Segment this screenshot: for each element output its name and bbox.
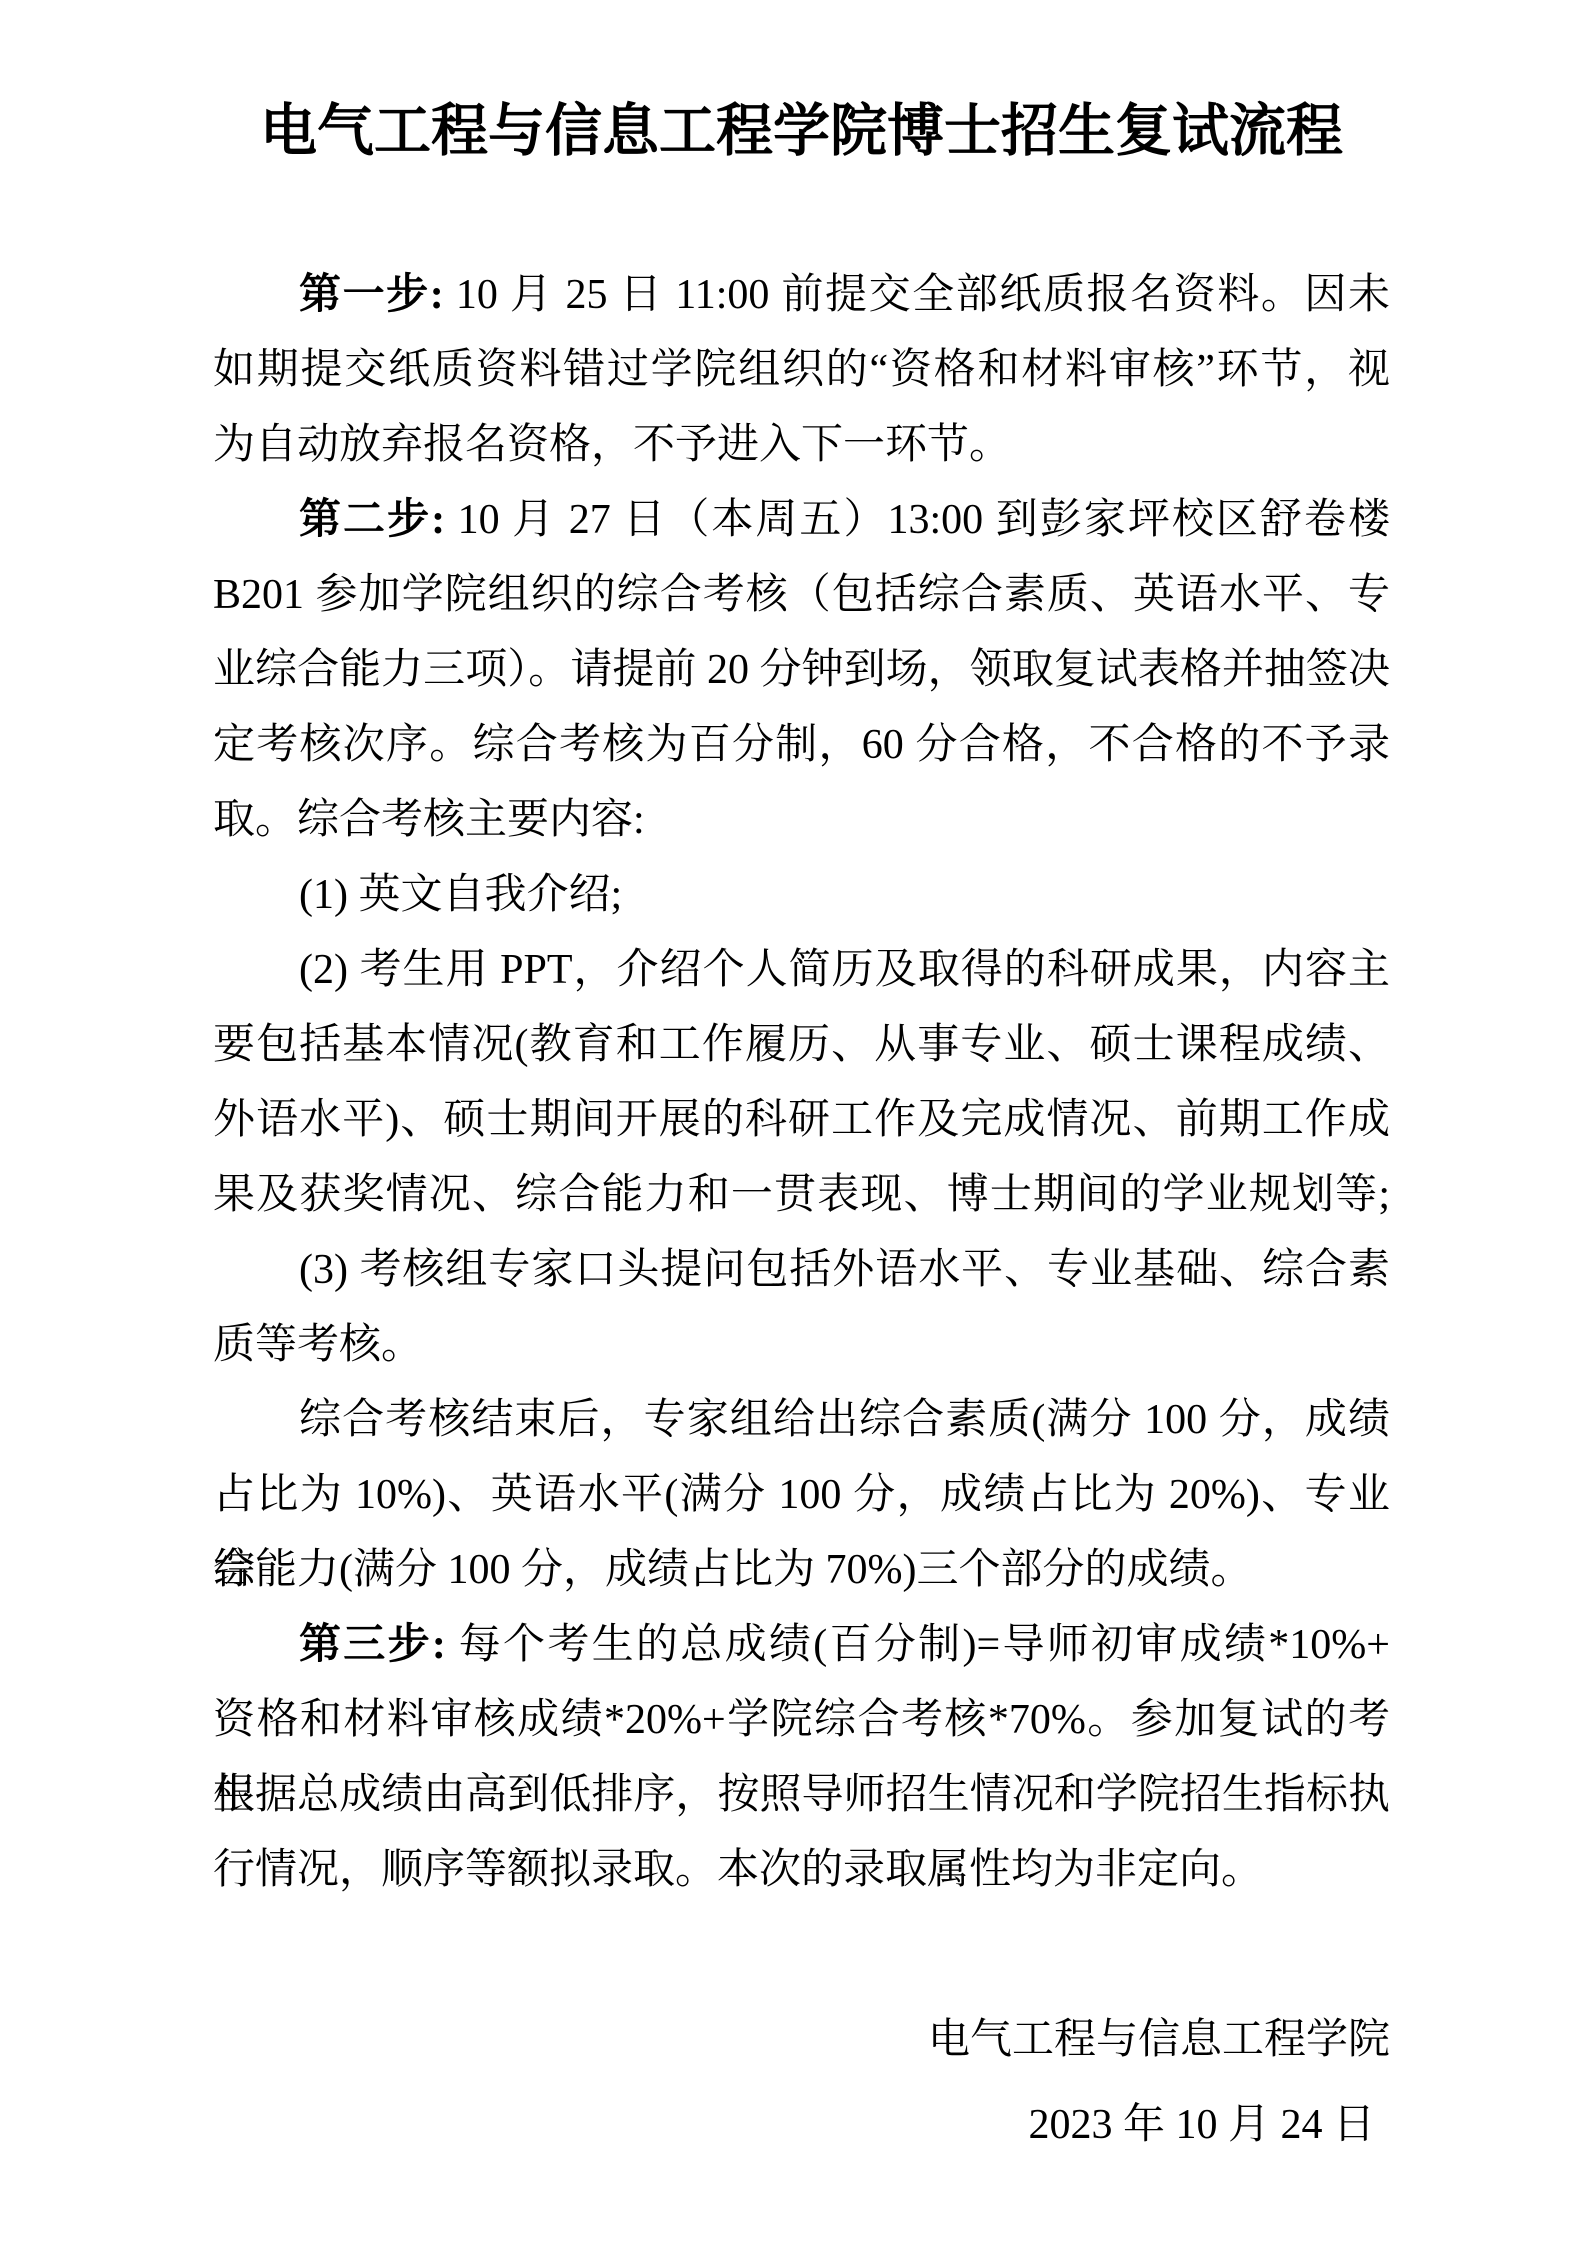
document-body: 第一步: 10 月 25 日 11:00 前提交全部纸质报名资料。因未如期提交纸… [213, 258, 1390, 1908]
text-line: 第一步: 10 月 25 日 11:00 前提交全部纸质报名资料。因未 [213, 258, 1390, 333]
text-line: 定考核次序。综合考核为百分制，60 分合格，不合格的不予录 [213, 708, 1390, 783]
text-line: 质等考核。 [213, 1308, 1390, 1383]
text-line: 合能力(满分 100 分，成绩占比为 70%)三个部分的成绩。 [213, 1533, 1390, 1608]
text-line: 第三步: 每个考生的总成绩(百分制)=导师初审成绩*10%+ [213, 1608, 1390, 1683]
text-line: 业综合能力三项）。请提前 20 分钟到场，领取复试表格并抽签决 [213, 633, 1390, 708]
text-line: 果及获奖情况、综合能力和一贯表现、博士期间的学业规划等; [213, 1158, 1390, 1233]
signature: 电气工程与信息工程学院 [213, 2003, 1390, 2078]
signature-block: 电气工程与信息工程学院 2023 年 10 月 24 日 [213, 2003, 1390, 2163]
text-line: 资格和材料审核成绩*20%+学院综合考核*70%。参加复试的考生 [213, 1683, 1390, 1758]
text-line: 根据总成绩由高到低排序，按照导师招生情况和学院招生指标执 [213, 1758, 1390, 1833]
text-line: 为自动放弃报名资格，不予进入下一环节。 [213, 408, 1390, 483]
text-line: (2) 考生用 PPT，介绍个人简历及取得的科研成果，内容主 [213, 933, 1390, 1008]
text-line: 行情况，顺序等额拟录取。本次的录取属性均为非定向。 [213, 1833, 1390, 1908]
text-line: (1) 英文自我介绍; [213, 858, 1390, 933]
step-label: 第二步: [299, 497, 445, 543]
text-line: 取。综合考核主要内容: [213, 783, 1390, 858]
text-line: 第二步: 10 月 27 日（本周五）13:00 到彭家坪校区舒卷楼 [213, 483, 1390, 558]
text-line: (3) 考核组专家口头提问包括外语水平、专业基础、综合素 [213, 1233, 1390, 1308]
text-line: 占比为 10%)、英语水平(满分 100 分，成绩占比为 20%)、专业综 [213, 1458, 1390, 1533]
document-title: 电气工程与信息工程学院博士招生复试流程 [213, 96, 1390, 168]
text-line: 要包括基本情况(教育和工作履历、从事专业、硕士课程成绩、 [213, 1008, 1390, 1083]
text-line: 综合考核结束后，专家组给出综合素质(满分 100 分，成绩 [213, 1383, 1390, 1458]
document-page: 电气工程与信息工程学院博士招生复试流程 第一步: 10 月 25 日 11:00… [0, 0, 1587, 2242]
signature-date: 2023 年 10 月 24 日 [213, 2088, 1390, 2163]
step-label: 第三步: [299, 1622, 446, 1668]
text-line: 如期提交纸质资料错过学院组织的“资格和材料审核”环节，视 [213, 333, 1390, 408]
text-line: B201 参加学院组织的综合考核（包括综合素质、英语水平、专 [213, 558, 1390, 633]
step-label: 第一步: [299, 272, 444, 318]
text-line: 外语水平)、硕士期间开展的科研工作及完成情况、前期工作成 [213, 1083, 1390, 1158]
document-content: 电气工程与信息工程学院博士招生复试流程 第一步: 10 月 25 日 11:00… [213, 0, 1390, 2163]
